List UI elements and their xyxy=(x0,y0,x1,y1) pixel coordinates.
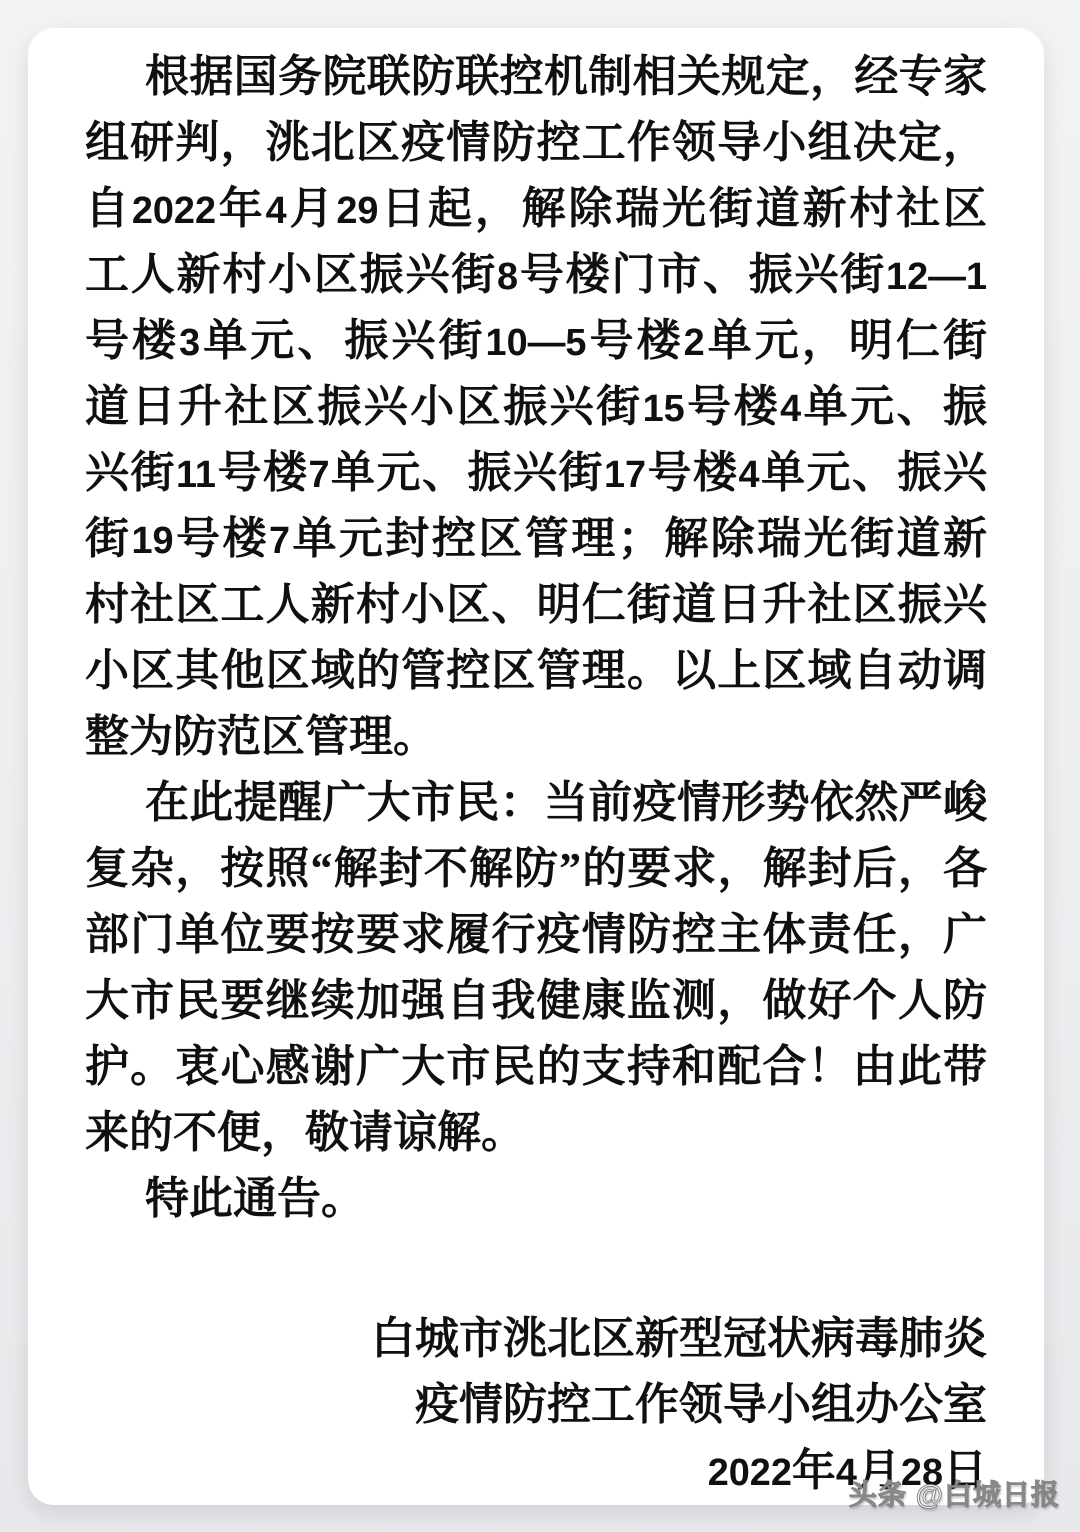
notice-line-2: 组研判，洮北区疫情防控工作领导小组决定， xyxy=(85,110,987,176)
notice-line-9: 村社区工人新村小区、明仁街道日升社区振兴 xyxy=(85,572,987,638)
notice-line-8: 街19号楼7单元封控区管理；解除瑞光街道新 xyxy=(85,506,987,572)
notice-line-10: 小区其他区域的管控区管理。以上区域自动调 xyxy=(85,638,987,704)
notice-line-17: 来的不便，敬请谅解。 xyxy=(85,1100,987,1166)
notice-line-1: 根据国务院联防联控机制相关规定，经专家 xyxy=(85,44,987,110)
notice-line-6: 道日升社区振兴小区振兴街15号楼4单元、振 xyxy=(85,374,987,440)
signature-org-line-1: 白城市洮北区新型冠状病毒肺炎 xyxy=(85,1306,987,1372)
signature-org-line-2: 疫情防控工作领导小组办公室 xyxy=(85,1372,987,1438)
notice-line-7: 兴街11号楼7单元、振兴街17号楼4单元、振兴 xyxy=(85,440,987,506)
notice-body: 根据国务院联防联控机制相关规定，经专家 组研判，洮北区疫情防控工作领导小组决定，… xyxy=(85,44,987,1232)
notice-line-18: 特此通告。 xyxy=(85,1166,987,1232)
notice-line-13: 复杂，按照“解封不解防”的要求，解封后，各 xyxy=(85,836,987,902)
notice-line-11: 整为防范区管理。 xyxy=(85,704,987,770)
notice-line-3: 自2022年4月29日起，解除瑞光街道新村社区 xyxy=(85,176,987,242)
notice-card: 根据国务院联防联控机制相关规定，经专家 组研判，洮北区疫情防控工作领导小组决定，… xyxy=(28,28,1044,1505)
notice-line-16: 护。衷心感谢广大市民的支持和配合！由此带 xyxy=(85,1034,987,1100)
watermark-baicheng-daily: 头条 @白城日报 xyxy=(849,1473,1060,1513)
screenshot-background: 根据国务院联防联控机制相关规定，经专家 组研判，洮北区疫情防控工作领导小组决定，… xyxy=(0,0,1080,1532)
notice-line-4: 工人新村小区振兴街8号楼门市、振兴街12—1 xyxy=(85,242,987,308)
notice-line-5: 号楼3单元、振兴街10—5号楼2单元，明仁街 xyxy=(85,308,987,374)
notice-line-12: 在此提醒广大市民：当前疫情形势依然严峻 xyxy=(85,770,987,836)
notice-line-14: 部门单位要按要求履行疫情防控主体责任，广 xyxy=(85,902,987,968)
notice-line-15: 大市民要继续加强自我健康监测，做好个人防 xyxy=(85,968,987,1034)
